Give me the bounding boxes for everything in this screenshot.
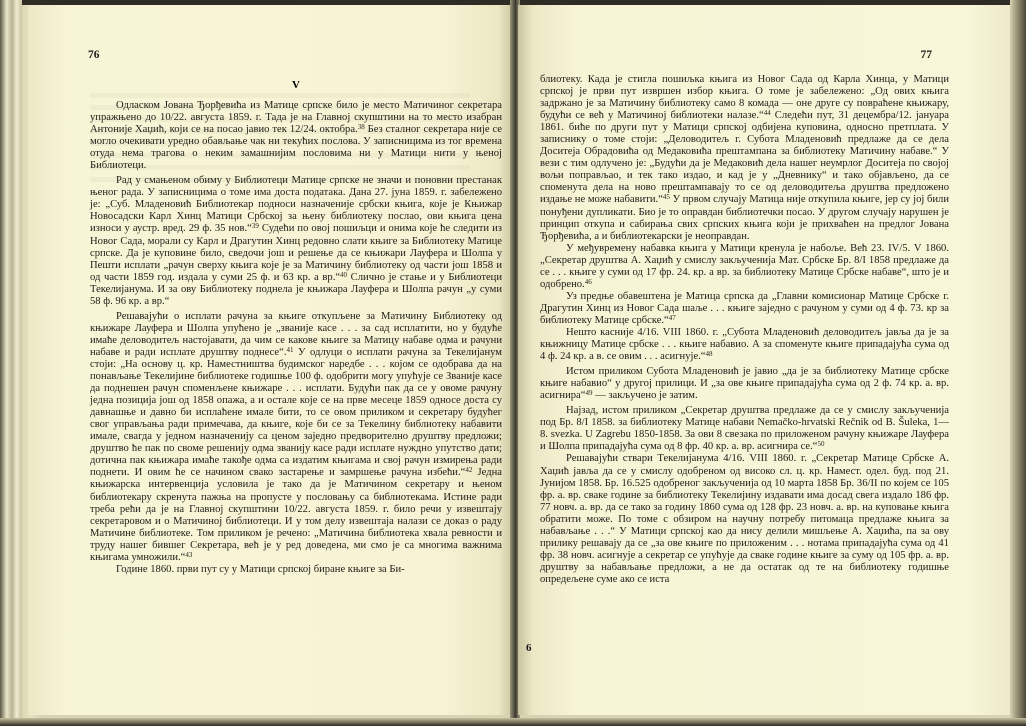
book-cover-edge-right	[1010, 0, 1026, 726]
open-book-spread: 76 V Одласком Јована Ђорђевића из Матице…	[0, 0, 1026, 726]
footnote-ref: 50	[817, 440, 824, 448]
footnote-ref: 41	[287, 346, 294, 354]
footnote-ref: 39	[252, 222, 259, 230]
paragraph: Одласком Јована Ђорђевића из Матице српс…	[90, 100, 502, 172]
footnote-ref: 38	[358, 123, 365, 131]
footnote-ref: 44	[764, 109, 771, 117]
paragraph: блиотеку. Када је стигла пошиљка књига и…	[540, 74, 949, 243]
printer-signature-mark: 6	[526, 642, 532, 654]
footnote-ref: 43	[185, 551, 192, 559]
footnote-ref: 47	[669, 314, 676, 322]
footnote-ref: 46	[585, 278, 592, 286]
book-bottom-edge	[0, 718, 1026, 726]
paragraph: Године 1860. први пут су у Матици српско…	[90, 564, 502, 576]
paragraph: Уз предње обавештена је Матица српска да…	[540, 291, 949, 327]
paragraph: У међувремену набавка књига у Матици кре…	[540, 243, 949, 291]
paragraph: Решавајући ствари Текелијанума 4/16. VII…	[540, 453, 949, 586]
right-page-body: блиотеку. Када је стигла пошиљка књига и…	[540, 74, 949, 586]
paragraph: Рад у смањеном обиму у Библиотеци Матице…	[90, 175, 502, 308]
right-page: 77 6 блиотеку. Када је стигла пошиљка књ…	[518, 5, 1010, 715]
left-page-body: Одласком Јована Ђорђевића из Матице српс…	[90, 100, 502, 576]
chapter-heading: V	[90, 79, 502, 91]
page-number-right: 77	[921, 49, 933, 61]
footnote-ref: 40	[340, 271, 347, 279]
footnote-ref: 45	[663, 193, 670, 201]
paragraph: Најзад, истом приликом „Секретар друштва…	[540, 405, 949, 453]
page-number-left: 76	[88, 49, 100, 61]
footnote-ref: 48	[706, 350, 713, 358]
left-page: 76 V Одласком Јована Ђорђевића из Матице…	[28, 5, 512, 715]
paragraph: Нешто касније 4/16. VIII 1860. г. „Субот…	[540, 327, 949, 363]
paragraph: Истом приликом Субота Младеновић је јави…	[540, 366, 949, 402]
book-cover-edge-left	[0, 0, 22, 726]
paragraph: Решавајући о исплати рачуна за књиге отк…	[90, 311, 502, 564]
